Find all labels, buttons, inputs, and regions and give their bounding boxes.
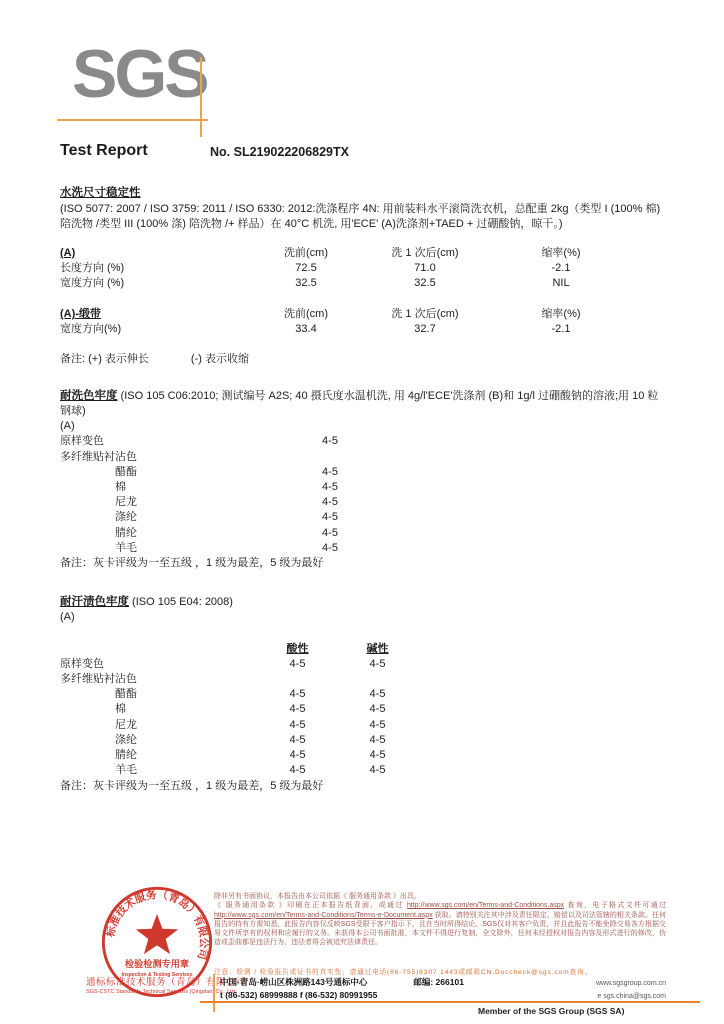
fiber-row: 尼龙 4-5 4-5: [60, 718, 668, 733]
change-alkali: 4-5: [330, 657, 425, 672]
legal-text: 查询，电子格式文件可通过: [564, 902, 666, 909]
col-header-after: 洗 1 次后(cm): [360, 307, 490, 322]
fiber-acid: 4-5: [265, 702, 330, 717]
staining-label: 多纤维贴衬沾色: [60, 450, 668, 465]
note-shrinkage: (-) 表示收缩: [191, 353, 249, 365]
perspiration-header-row: 酸性 碱性: [60, 642, 668, 657]
fiber-row: 尼龙 4-5: [60, 495, 668, 510]
inspection-stamp: 通标标准技术服务（青岛）有限公司 检验检测专用章 Inspection & Te…: [99, 884, 215, 1000]
value-after: 71.0: [360, 261, 490, 276]
terms-e-document-link[interactable]: http://www.sgs.com/en/Terms-and-Conditio…: [214, 912, 433, 919]
fiber-name: 羊毛: [60, 763, 265, 778]
fiber-row: 棉 4-5 4-5: [60, 702, 668, 717]
row-label: 宽度方向(%): [60, 322, 252, 337]
fiber-alkali: 4-5: [330, 702, 425, 717]
fiber-name: 尼龙: [60, 495, 290, 510]
change-acid: 4-5: [265, 657, 330, 672]
note-elongation: 备注: (+) 表示伸长: [60, 353, 149, 365]
fiber-value: 4-5: [290, 510, 370, 525]
fiber-row: 棉 4-5: [60, 480, 668, 495]
table-row: 宽度方向(%) 33.4 32.7 -2.1: [60, 322, 668, 337]
change-label: 原样变色: [60, 657, 265, 672]
fiber-alkali: 4-5: [330, 763, 425, 778]
fiber-value: 4-5: [290, 465, 370, 480]
fiber-name: 腈纶: [60, 748, 265, 763]
test-report-page: SGS Test Report No. SL219022206829TX 水洗尺…: [0, 0, 724, 1024]
fiber-name: 醋酯: [60, 465, 290, 480]
fiber-name: 腈纶: [60, 526, 290, 541]
change-value: 4-5: [290, 434, 370, 449]
perspiration-sample-label: (A): [60, 610, 668, 625]
fiber-acid: 4-5: [265, 718, 330, 733]
fiber-name: 棉: [60, 702, 265, 717]
row-label: 宽度方向 (%): [60, 276, 252, 291]
email-link[interactable]: e sgs.china@sgs.com: [597, 993, 666, 1000]
table-row: 长度方向 (%) 72.5 71.0 -2.1: [60, 261, 668, 276]
table-sample-a: (A) 洗前(cm) 洗 1 次后(cm) 缩率(%) 长度方向 (%) 72.…: [60, 246, 668, 292]
logo-vertical-line: [200, 57, 202, 137]
table-row: (A)-缎带 洗前(cm) 洗 1 次后(cm) 缩率(%): [60, 307, 668, 322]
postal-code: 邮编: 266101: [413, 976, 464, 988]
col-header-rate: 缩率(%): [490, 307, 632, 322]
fiber-name: 涤纶: [60, 510, 290, 525]
fiber-alkali: 4-5: [330, 748, 425, 763]
section-washfast-heading: 耐洗色牢度 (ISO 105 C06:2010; 测试编号 A2S; 40 摄氏…: [60, 389, 668, 419]
perspiration-change-row: 原样变色 4-5 4-5: [60, 657, 668, 672]
fiber-alkali: 4-5: [330, 718, 425, 733]
fiber-row: 醋酯 4-5: [60, 465, 668, 480]
fiber-row: 涤纶 4-5 4-5: [60, 733, 668, 748]
legal-line1: 除非另有书面协议，本报告由本公司依据《 服务通用条款 》出具。: [214, 892, 666, 901]
fiber-alkali: 4-5: [330, 687, 425, 702]
member-of-sgs-group: Member of the SGS Group (SGS SA): [478, 1006, 624, 1016]
fiber-name: 涤纶: [60, 733, 265, 748]
section-perspiration-title: 耐汗渍色牢度: [60, 596, 129, 608]
value-before: 72.5: [252, 261, 360, 276]
section-wash-title: 水洗尺寸稳定性: [60, 186, 668, 201]
grey-scale-note: 备注：灰卡评级为一至五级 ，1 级为最差，5 级为最好: [60, 779, 668, 794]
value-before: 32.5: [252, 276, 360, 291]
terms-link[interactable]: http://www.sgs.com/en/Terms-and-Conditio…: [407, 902, 564, 909]
fiber-acid: 4-5: [265, 748, 330, 763]
stamp-center-chinese: 检验检测专用章: [125, 958, 189, 969]
col-header-acid: 酸性: [265, 642, 330, 657]
section-wash-method: (ISO 5077: 2007 / ISO 3759: 2011 / ISO 6…: [60, 202, 668, 232]
address-block: 中国·青岛·崂山区株洲路143号通标中心 邮编: 266101 www.sgsg…: [220, 976, 666, 1000]
section-washfast-title: 耐洗色牢度: [60, 390, 118, 402]
legal-terms-text: 除非另有书面协议，本报告由本公司依据《 服务通用条款 》出具。 《 服务通用条款…: [214, 892, 666, 948]
washfast-change-row: 原样变色 4-5: [60, 434, 668, 449]
report-body: 水洗尺寸稳定性 (ISO 5077: 2007 / ISO 3759: 2011…: [60, 186, 668, 794]
fiber-row: 涤纶 4-5: [60, 510, 668, 525]
table-ribbon-label: (A)-缎带: [60, 307, 252, 322]
stamp-center-english: Inspection & Testing Services: [122, 972, 193, 978]
section-perspiration-method: (ISO 105 E04: 2008): [129, 596, 233, 608]
fiber-acid: 4-5: [265, 687, 330, 702]
address-divider-line: [213, 974, 215, 1012]
change-label: 原样变色: [60, 434, 290, 449]
fiber-value: 4-5: [290, 541, 370, 556]
fiber-name: 尼龙: [60, 718, 265, 733]
address-chinese: 中国·青岛·崂山区株洲路143号通标中心: [220, 976, 367, 988]
value-rate: NIL: [490, 276, 632, 291]
value-after: 32.5: [360, 276, 490, 291]
fiber-name: 醋酯: [60, 687, 265, 702]
legal-text: 《 服务通用条款 》印刷在正本报告纸背面，或通过: [214, 902, 407, 909]
footer-rule-line: [200, 1001, 700, 1003]
report-number: No. SL219022206829TX: [210, 145, 349, 159]
col-header-after: 洗 1 次后(cm): [360, 246, 490, 261]
authenticity-notice: 注意：检测 / 检验报告或证书的真实性，请通过电话(86-755)8307 14…: [214, 966, 684, 976]
col-header-rate: 缩率(%): [490, 246, 632, 261]
fiber-row: 腈纶 4-5: [60, 526, 668, 541]
staining-label: 多纤维贴衬沾色: [60, 672, 668, 687]
star-icon: [136, 914, 178, 954]
table-row: (A) 洗前(cm) 洗 1 次后(cm) 缩率(%): [60, 246, 668, 261]
value-before: 33.4: [252, 322, 360, 337]
page-title: Test Report: [60, 142, 148, 160]
fiber-acid: 4-5: [265, 763, 330, 778]
legal-paragraph: 《 服务通用条款 》印刷在正本报告纸背面，或通过 http://www.sgs.…: [214, 901, 666, 947]
table-ribbon: (A)-缎带 洗前(cm) 洗 1 次后(cm) 缩率(%) 宽度方向(%) 3…: [60, 307, 668, 337]
fiber-name: 棉: [60, 480, 290, 495]
fiber-row: 醋酯 4-5 4-5: [60, 687, 668, 702]
table-row: 宽度方向 (%) 32.5 32.5 NIL: [60, 276, 668, 291]
table-a-label: (A): [60, 246, 252, 261]
phone-fax: t (86-532) 68999888 f (86-532) 80991955: [220, 990, 377, 1000]
value-after: 32.7: [360, 322, 490, 337]
section-perspiration-heading: 耐汗渍色牢度 (ISO 105 E04: 2008): [60, 595, 668, 610]
col-header-before: 洗前(cm): [252, 246, 360, 261]
fiber-alkali: 4-5: [330, 733, 425, 748]
washfast-sample-label: (A): [60, 419, 668, 434]
fiber-value: 4-5: [290, 526, 370, 541]
fiber-acid: 4-5: [265, 733, 330, 748]
row-label: 长度方向 (%): [60, 261, 252, 276]
fiber-row: 羊毛 4-5: [60, 541, 668, 556]
section-washfast-method: (ISO 105 C06:2010; 测试编号 A2S; 40 摄氏度水温机洗,…: [60, 390, 658, 417]
value-rate: -2.1: [490, 322, 632, 337]
logo-horizontal-line: [57, 119, 208, 121]
col-header-before: 洗前(cm): [252, 307, 360, 322]
fiber-value: 4-5: [290, 495, 370, 510]
wash-note: 备注: (+) 表示伸长(-) 表示收缩: [60, 352, 668, 367]
grey-scale-note: 备注：灰卡评级为一至五级 ，1 级为最差，5 级为最好: [60, 556, 668, 571]
fiber-row: 羊毛 4-5 4-5: [60, 763, 668, 778]
sgs-logo: SGS: [72, 40, 207, 108]
fiber-row: 腈纶 4-5 4-5: [60, 748, 668, 763]
fiber-value: 4-5: [290, 480, 370, 495]
value-rate: -2.1: [490, 261, 632, 276]
website-link[interactable]: www.sgsgroup.com.cn: [596, 980, 666, 987]
fiber-name: 羊毛: [60, 541, 290, 556]
col-header-alkali: 碱性: [330, 642, 425, 657]
